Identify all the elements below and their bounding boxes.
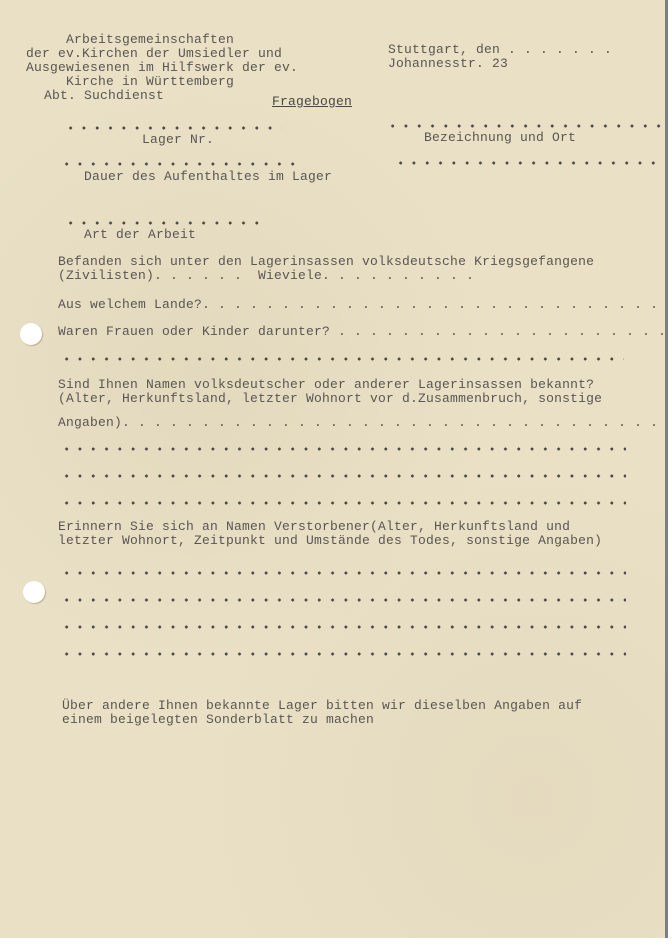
dauer-label: Dauer des Aufenthaltes im Lager	[84, 170, 332, 184]
question-1-line-2: (Zivilisten). . . . . . Wieviele. . . . …	[58, 269, 474, 283]
question-1-line-1: Befanden sich unter den Lagerinsassen vo…	[58, 255, 594, 269]
answer-line-4b[interactable]	[60, 474, 626, 478]
art-field[interactable]	[64, 221, 268, 225]
org-line-4: Kirche in Württemberg	[66, 75, 234, 89]
footer-note-line-2: einem beigelegten Sonderblatt zu machen	[62, 713, 374, 727]
address: Johannesstr. 23	[388, 57, 508, 71]
answer-line-5d[interactable]	[60, 652, 626, 656]
answer-line-4a[interactable]	[60, 447, 626, 451]
answer-line-3b[interactable]	[60, 357, 624, 361]
dauer-field-right[interactable]	[394, 161, 664, 165]
footer-note-line-1: Über andere Ihnen bekannte Lager bitten …	[62, 699, 582, 713]
dauer-field[interactable]	[60, 162, 302, 166]
lager-nr-label: Lager Nr.	[142, 133, 214, 147]
torn-bottom-edge	[0, 938, 672, 949]
scan-margin	[668, 0, 672, 949]
question-4-line-2: (Alter, Herkunftsland, letzter Wohnort v…	[58, 392, 602, 406]
art-label: Art der Arbeit	[84, 228, 196, 242]
org-line-1: Arbeitsgemeinschaften	[66, 33, 234, 47]
answer-line-5b[interactable]	[60, 598, 626, 602]
bezeichnung-field[interactable]	[386, 124, 664, 128]
form-title: Fragebogen	[272, 95, 352, 109]
question-4-line-3: Angaben). . . . . . . . . . . . . . . . …	[58, 416, 672, 430]
question-3: Waren Frauen oder Kinder darunter? . . .…	[58, 325, 672, 339]
question-4-line-1: Sind Ihnen Namen volksdeutscher oder and…	[58, 378, 594, 392]
lager-nr-field[interactable]	[64, 126, 282, 130]
document-page: Arbeitsgemeinschaften der ev.Kirchen der…	[0, 0, 665, 938]
question-2: Aus welchem Lande?. . . . . . . . . . . …	[58, 298, 672, 312]
answer-line-4c[interactable]	[60, 501, 626, 505]
question-5-line-1: Erinnern Sie sich an Namen Verstorbener(…	[58, 520, 570, 534]
punch-hole-bottom	[23, 581, 45, 603]
org-line-2: der ev.Kirchen der Umsiedler und	[26, 47, 282, 61]
answer-line-5c[interactable]	[60, 625, 626, 629]
question-5-line-2: letzter Wohnort, Zeitpunkt und Umstände …	[58, 534, 602, 548]
bezeichnung-label: Bezeichnung und Ort	[424, 131, 576, 145]
punch-hole-top	[20, 323, 42, 345]
answer-line-5a[interactable]	[60, 571, 626, 575]
place-date: Stuttgart, den . . . . . . .	[388, 43, 612, 57]
org-line-3: Ausgewiesenen im Hilfswerk der ev.	[26, 61, 298, 75]
org-line-5: Abt. Suchdienst	[44, 89, 164, 103]
